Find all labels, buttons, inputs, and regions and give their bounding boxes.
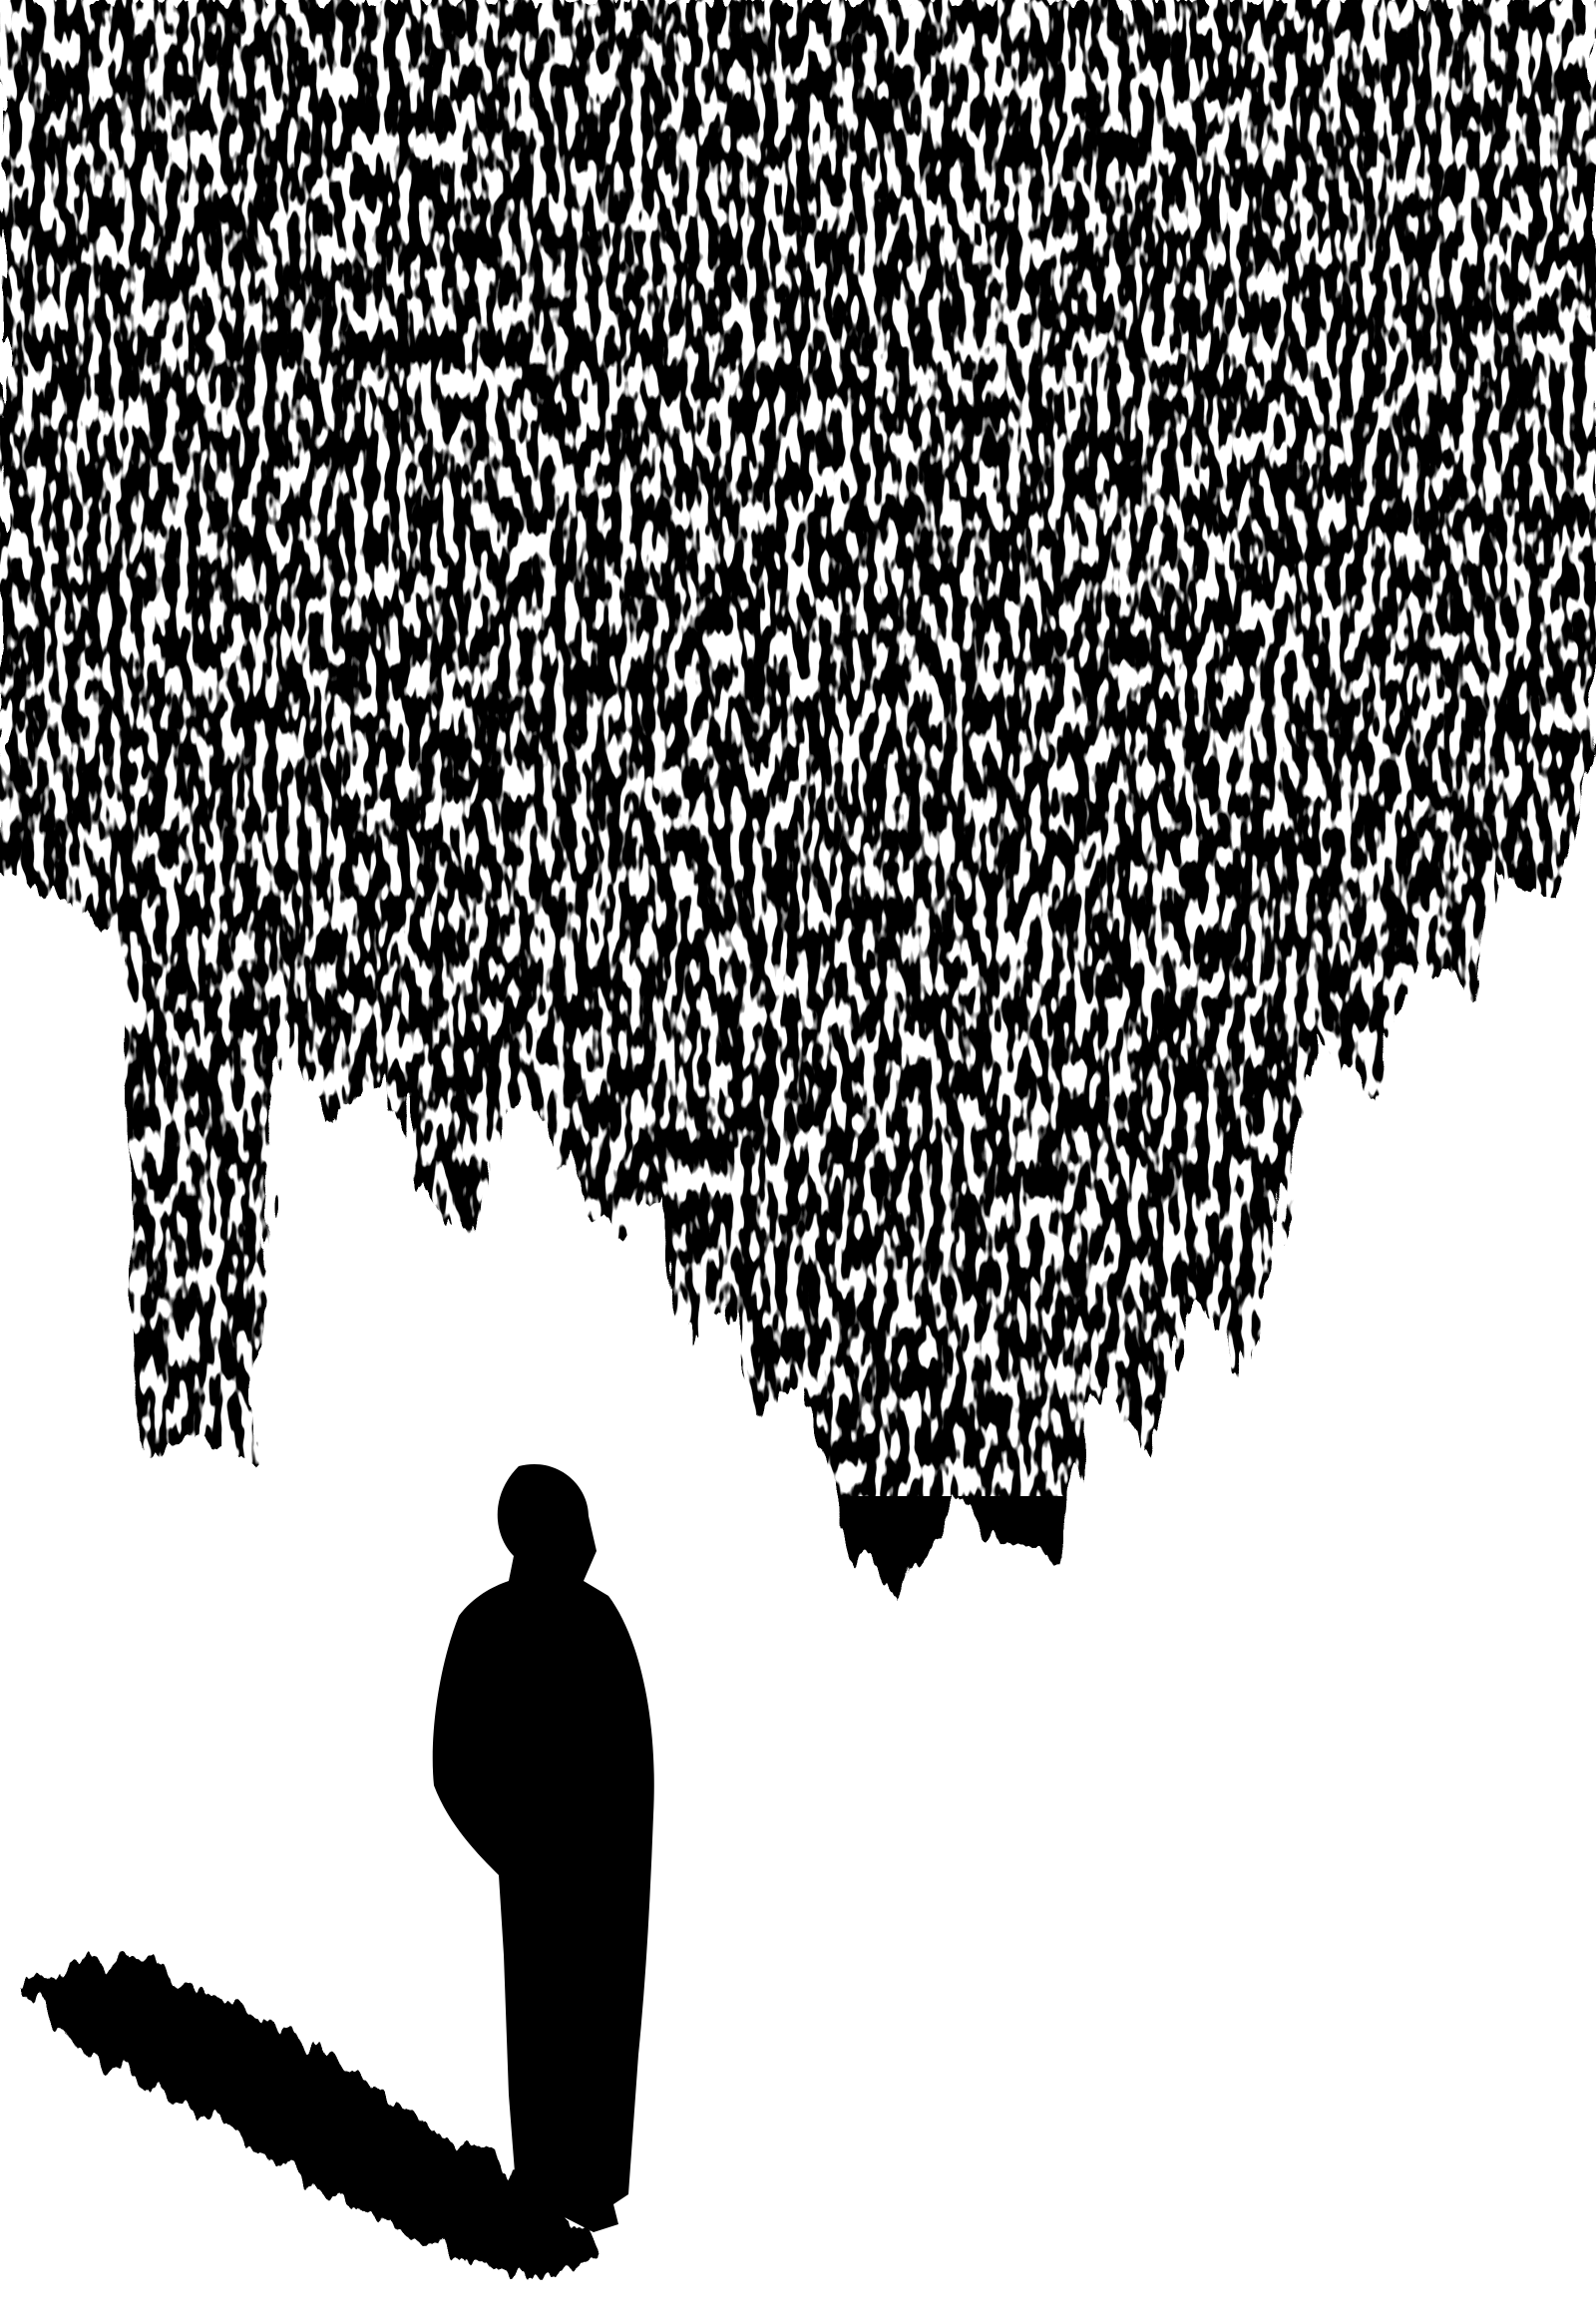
- brushstroke-highlights: [0, 0, 1596, 1496]
- artwork-canvas: [0, 0, 1596, 2323]
- artwork-svg: [0, 0, 1596, 2323]
- man-silhouette: [433, 1464, 654, 2232]
